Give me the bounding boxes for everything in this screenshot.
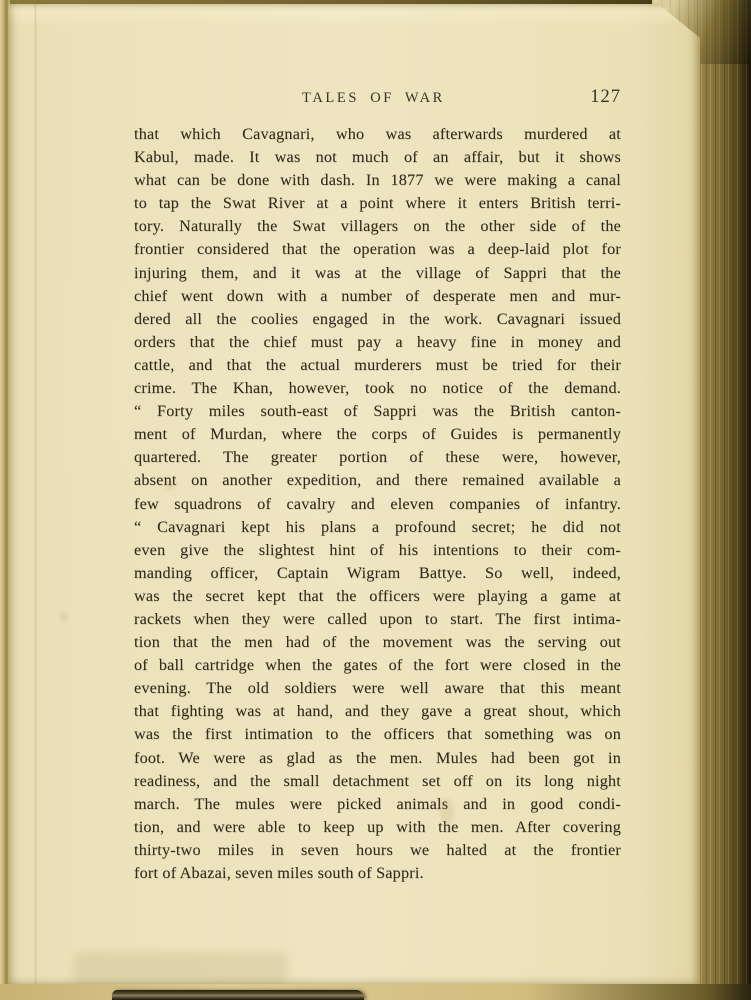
text-line: readiness, and the small detachment set …	[134, 770, 621, 793]
text-line: evening. The old soldiers were well awar…	[134, 677, 621, 700]
foxing-spot	[166, 482, 175, 489]
text-line: “ Cavagnari kept his plans a profound se…	[134, 516, 621, 539]
foxing-spot	[440, 799, 454, 825]
book-page: TALES OF WAR 127 that which Cavagnari, w…	[8, 4, 700, 986]
text-line: tory. Naturally the Swat villagers on th…	[134, 215, 621, 238]
text-line: foot. We were as glad as the men. Mules …	[134, 747, 621, 770]
text-line: even give the slightest hint of his inte…	[134, 539, 621, 562]
text-line: fort of Abazai, seven miles south of Sap…	[134, 862, 621, 885]
text-line: rackets when they were called upon to st…	[134, 608, 621, 631]
page-title: TALES OF WAR	[126, 90, 621, 107]
text-line: dered all the coolies engaged in the wor…	[134, 308, 621, 331]
text-line: crime. The Khan, however, took no notice…	[134, 377, 621, 400]
text-line: manding officer, Captain Wigram Battye. …	[134, 562, 621, 585]
text-line: what can be done with dash. In 1877 we w…	[134, 169, 621, 192]
text-line: ment of Murdan, where the corps of Guide…	[134, 423, 621, 446]
text-line: Kabul, made. It was not much of an affai…	[134, 146, 621, 169]
text-line: absent on another expedition, and there …	[134, 469, 621, 492]
page-crease	[34, 4, 37, 986]
text-line: was the first intimation to the officers…	[134, 723, 621, 746]
text-line: injuring them, and it was at the village…	[134, 262, 621, 285]
text-line: quartered. The greater portion of these …	[134, 446, 621, 469]
text-line: of ball cartridge when the gates of the …	[134, 654, 621, 677]
text-line: few squadrons of cavalry and eleven comp…	[134, 493, 621, 516]
text-line: frontier considered that the operation w…	[134, 238, 621, 261]
paragraph: “ Forty miles south-east of Sappri was t…	[134, 400, 621, 515]
text-line: thirty-two miles in seven hours we halte…	[134, 839, 621, 862]
text-line: cattle, and that the actual murderers mu…	[134, 354, 621, 377]
text-line: that which Cavagnari, who was afterwards…	[134, 123, 621, 146]
text-line: orders that the chief must pay a heavy f…	[134, 331, 621, 354]
book-scan: TALES OF WAR 127 that which Cavagnari, w…	[0, 0, 751, 1000]
text-line: that fighting was at hand, and they gave…	[134, 700, 621, 723]
text-line: tion, and were able to keep up with the …	[134, 816, 621, 839]
page-number: 127	[590, 87, 621, 108]
next-page-edge	[112, 990, 364, 1000]
body-text: that which Cavagnari, who was afterwards…	[134, 123, 621, 885]
text-line: march. The mules were picked animals and…	[134, 793, 621, 816]
text-line: was the secret kept that the officers we…	[134, 585, 621, 608]
paragraph: “ Cavagnari kept his plans a profound se…	[134, 516, 621, 886]
scan-smudge	[73, 952, 288, 988]
running-header: TALES OF WAR 127	[126, 87, 621, 109]
paragraph: that which Cavagnari, who was afterwards…	[134, 123, 621, 400]
text-line: “ Forty miles south-east of Sappri was t…	[134, 400, 621, 423]
text-line: to tap the Swat River at a point where i…	[134, 192, 621, 215]
text-line: tion that the men had of the movement wa…	[134, 631, 621, 654]
text-line: chief went down with a number of despera…	[134, 285, 621, 308]
foxing-spot	[60, 612, 67, 621]
